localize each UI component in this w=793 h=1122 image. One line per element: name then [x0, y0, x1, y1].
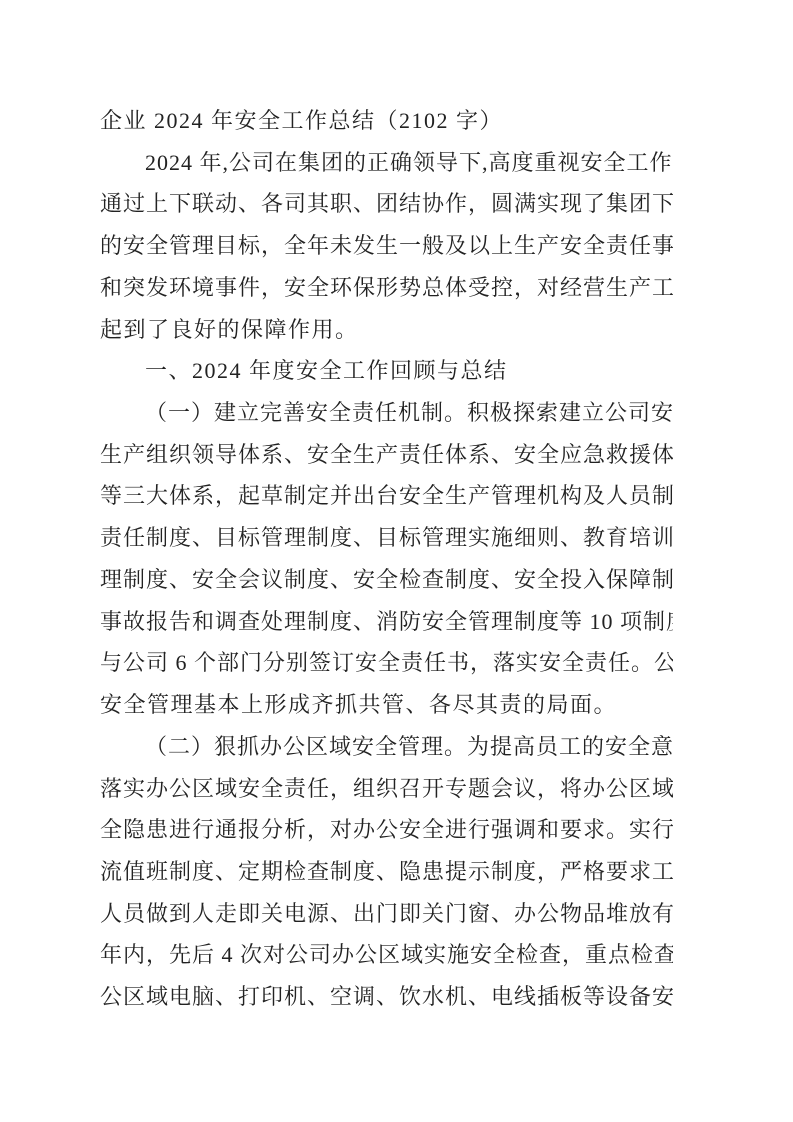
text-line: 全隐患进行通报分析，对办公安全进行强调和要求。实行轮	[100, 809, 673, 851]
text-line: （一）建立完善安全责任机制。积极探索建立公司安全	[100, 392, 673, 434]
text-line: 公区域电脑、打印机、空调、饮水机、电线插板等设备安全	[100, 976, 673, 1018]
text-line: 理制度、安全会议制度、安全检查制度、安全投入保障制度、	[100, 559, 673, 601]
text-line: 2024 年,公司在集团的正确领导下,高度重视安全工作，	[100, 142, 673, 184]
text-line: 等三大体系，起草制定并出台安全生产管理机构及人员制度、	[100, 475, 673, 517]
text-line: 生产组织领导体系、安全生产责任体系、安全应急救援体系	[100, 434, 673, 476]
text-line: （二）狠抓办公区域安全管理。为提高员工的安全意识，	[100, 726, 673, 768]
text-line: 安全管理基本上形成齐抓共管、各尽其责的局面。	[100, 684, 673, 726]
text-line: 年内，先后 4 次对公司办公区域实施安全检查，重点检查办	[100, 934, 673, 976]
text-line: 的安全管理目标，全年未发生一般及以上生产安全责任事故	[100, 225, 673, 267]
document-page: 企业 2024 年安全工作总结（2102 字）2024 年,公司在集团的正确领导…	[0, 0, 793, 1122]
text-line: 和突发环境事件，安全环保形势总体受控，对经营生产工作	[100, 267, 673, 309]
text-line: 流值班制度、定期检查制度、隐患提示制度，严格要求工作	[100, 851, 673, 893]
document-title: 企业 2024 年安全工作总结（2102 字）	[100, 100, 673, 142]
text-line: 与公司 6 个部门分别签订安全责任书，落实安全责任。公司	[100, 642, 673, 684]
document-text-block: 企业 2024 年安全工作总结（2102 字）2024 年,公司在集团的正确领导…	[100, 100, 673, 1018]
section-heading: 一、2024 年度安全工作回顾与总结	[100, 350, 673, 392]
text-line: 事故报告和调查处理制度、消防安全管理制度等 10 项制度。	[100, 601, 673, 643]
text-line: 起到了良好的保障作用。	[100, 309, 673, 351]
text-line: 责任制度、目标管理制度、目标管理实施细则、教育培训管	[100, 517, 673, 559]
text-line: 通过上下联动、各司其职、团结协作，圆满实现了集团下达	[100, 183, 673, 225]
text-line: 人员做到人走即关电源、出门即关门窗、办公物品堆放有序。	[100, 893, 673, 935]
text-line: 落实办公区域安全责任，组织召开专题会议，将办公区域安	[100, 768, 673, 810]
